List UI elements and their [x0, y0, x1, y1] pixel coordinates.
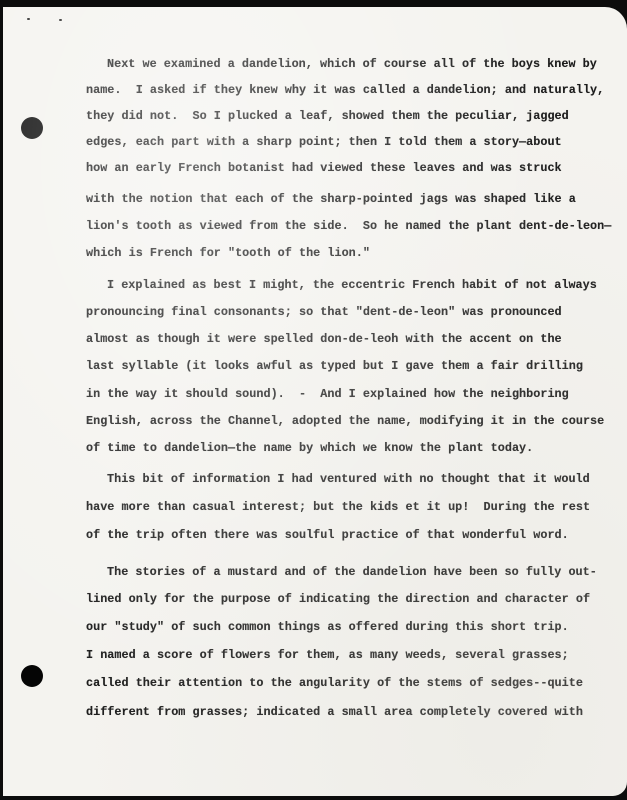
text-line: almost as though it were spelled don-de-… [86, 332, 562, 346]
typewritten-body: Next we examined a dandelion, which of c… [3, 7, 627, 796]
text-line: in the way it should sound). - And I exp… [86, 387, 569, 401]
text-line: I explained as best I might, the eccentr… [107, 278, 597, 292]
text-line: English, across the Channel, adopted the… [86, 414, 604, 428]
text-line: our "study" of such common things as off… [86, 620, 569, 634]
text-line: last syllable (it looks awful as typed b… [86, 359, 583, 373]
text-line: they did not. So I plucked a leaf, showe… [86, 109, 569, 123]
text-line: with the notion that each of the sharp-p… [86, 192, 576, 206]
text-line: This bit of information I had ventured w… [107, 472, 590, 486]
text-line: how an early French botanist had viewed … [86, 161, 562, 175]
text-line: which is French for "tooth of the lion." [86, 246, 370, 260]
text-line: different from grasses; indicated a smal… [86, 705, 583, 719]
text-line: of time to dandelion—the name by which w… [86, 441, 533, 455]
text-line: called their attention to the angularity… [86, 676, 583, 690]
scanned-document: Next we examined a dandelion, which of c… [0, 0, 627, 800]
text-line: The stories of a mustard and of the dand… [107, 565, 597, 579]
paper-sheet: Next we examined a dandelion, which of c… [3, 7, 627, 796]
text-line: pronouncing final consonants; so that "d… [86, 305, 562, 319]
text-line: name. I asked if they knew why it was ca… [86, 83, 604, 97]
text-line: Next we examined a dandelion, which of c… [107, 57, 597, 71]
text-line: lion's tooth as viewed from the side. So… [86, 219, 611, 233]
text-line: edges, each part with a sharp point; the… [86, 135, 562, 149]
text-line: lined only for the purpose of indicating… [86, 592, 590, 606]
text-line: have more than casual interest; but the … [86, 500, 590, 514]
text-line: I named a score of flowers for them, as … [86, 648, 569, 662]
text-line: of the trip often there was soulful prac… [86, 528, 569, 542]
